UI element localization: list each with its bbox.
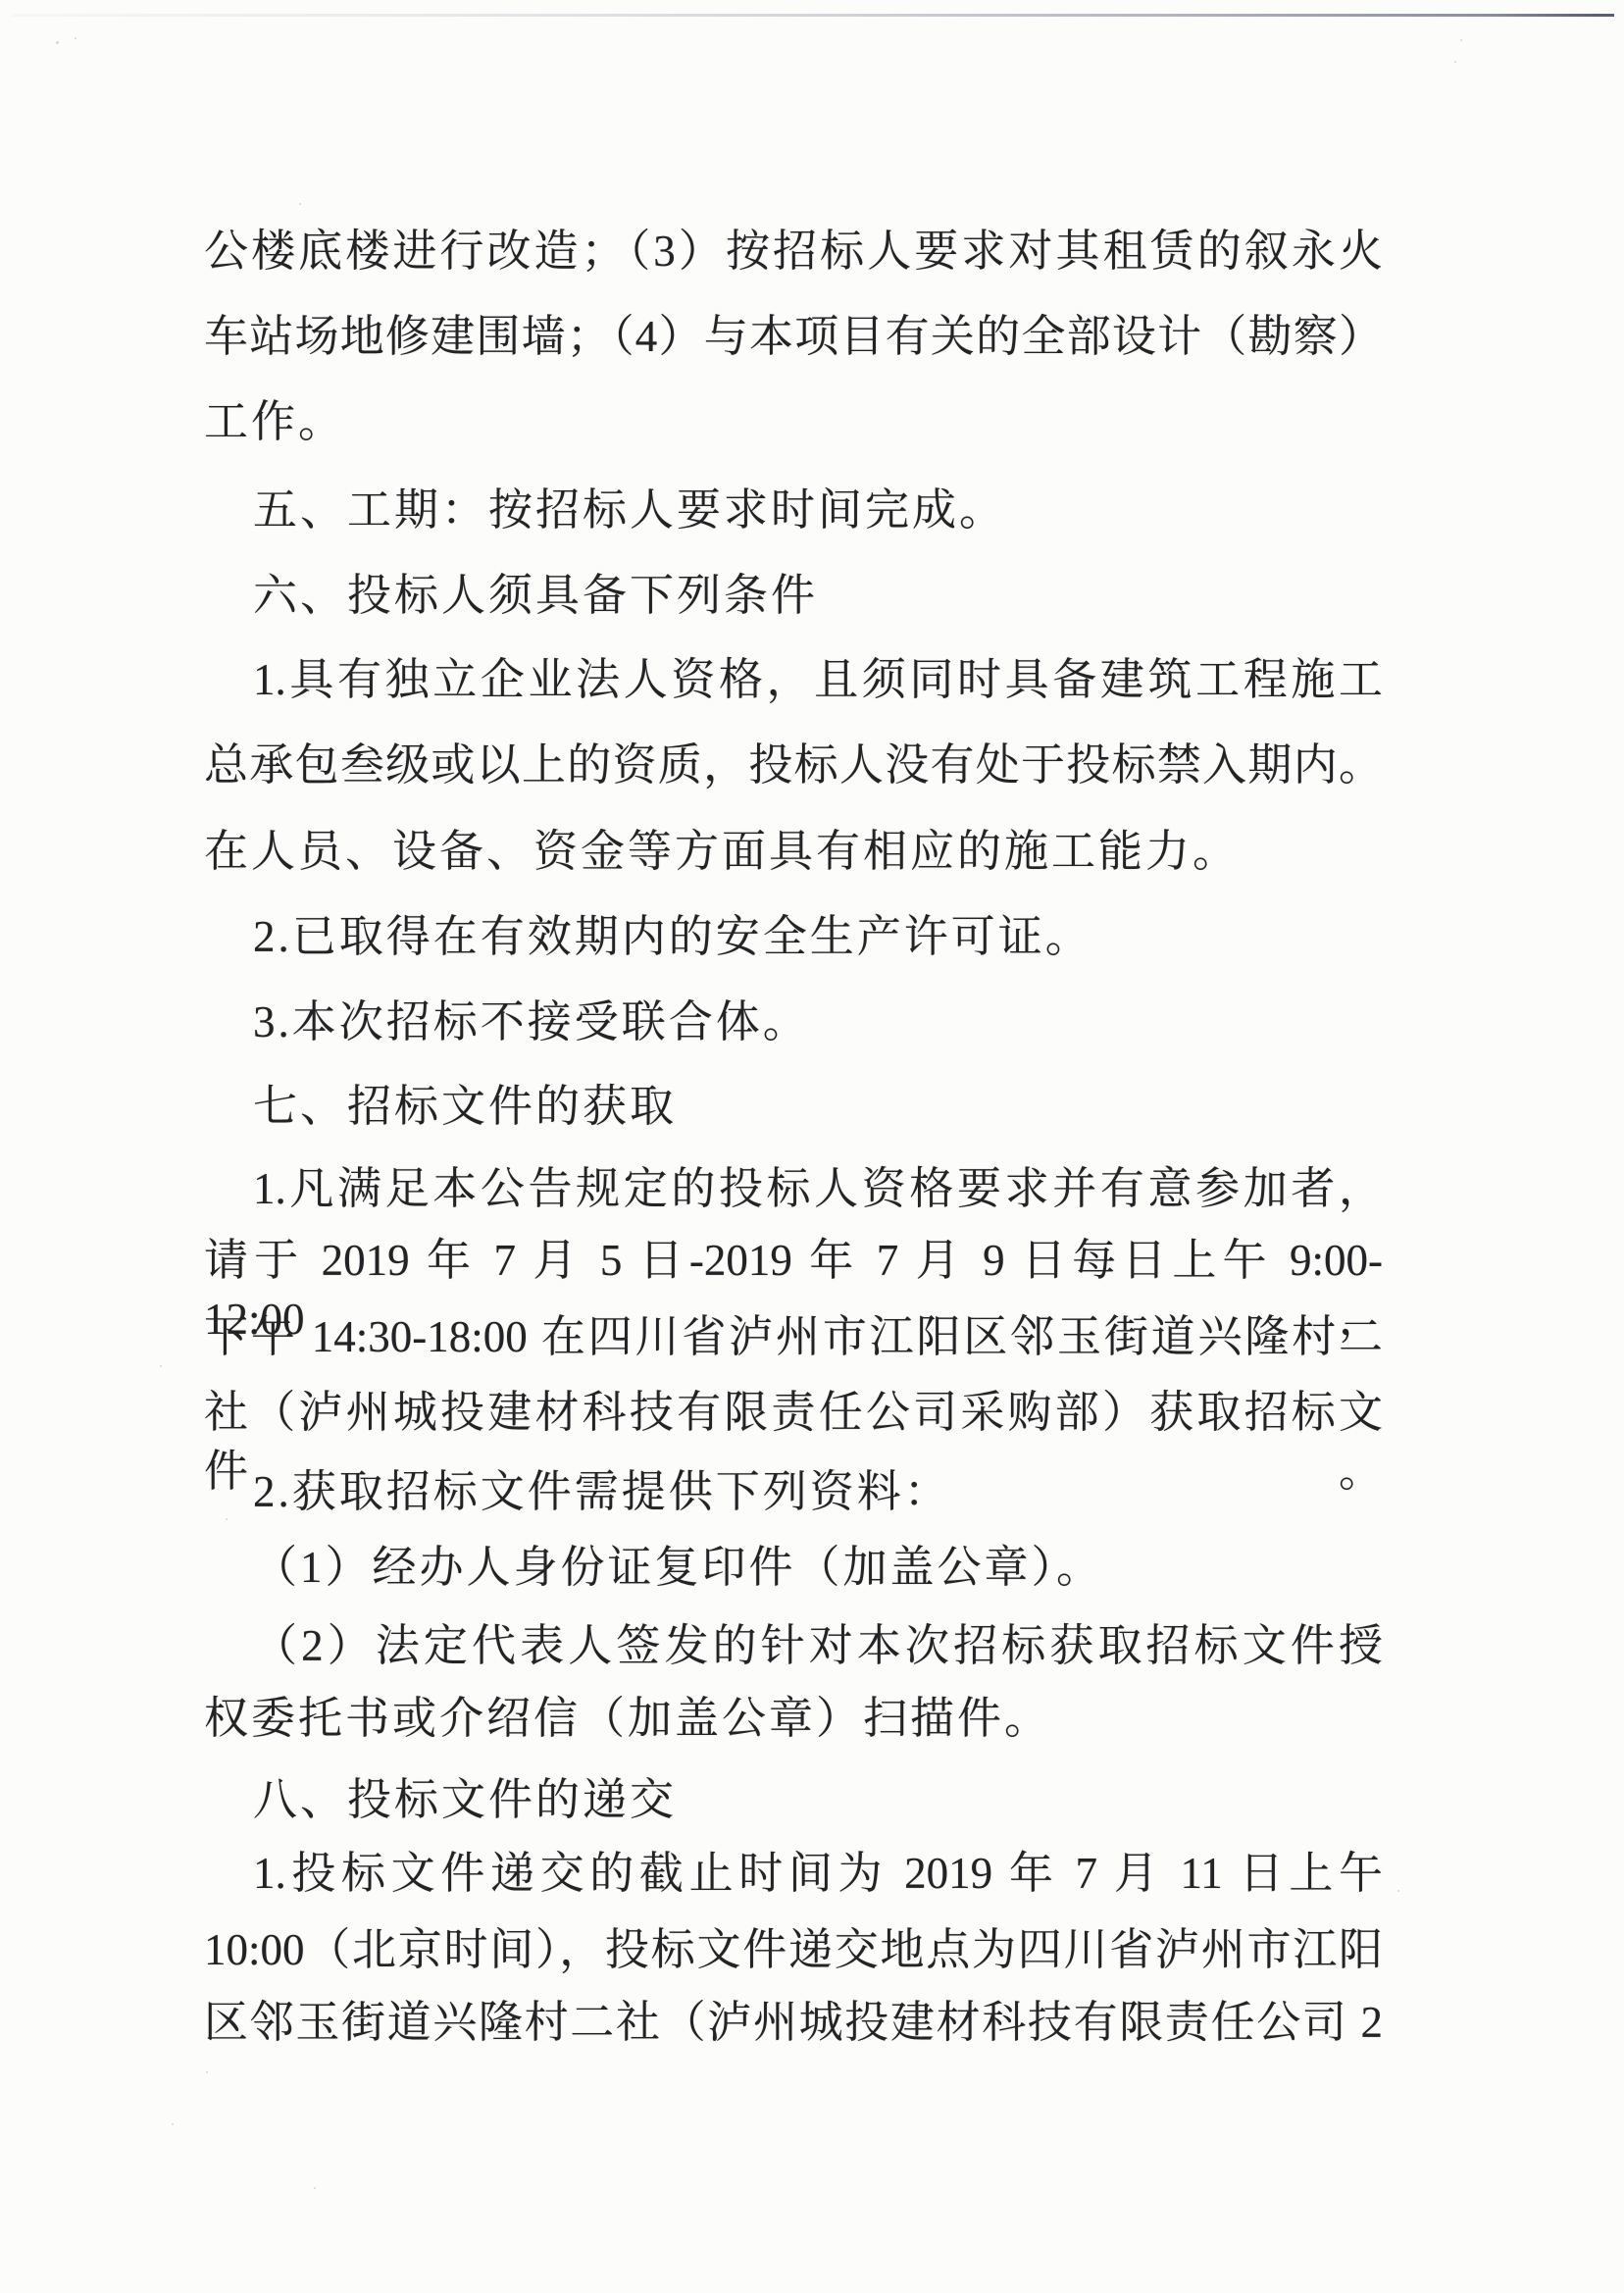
text-line: 1.具有独立企业法人资格，且须同时具备建筑工程施工 [253, 650, 1383, 709]
text-line: （1）经办人身份证复印件（加盖公章）。 [253, 1538, 1103, 1597]
text-line: 五、工期：按招标人要求时间完成。 [253, 481, 1006, 539]
text-line: 1.投标文件递交的截止时间为 2019 年 7 月 11 日上午 [253, 1844, 1383, 1903]
text-line: 2.获取招标文件需提供下列资料： [253, 1462, 951, 1521]
scanned-document-page: 公楼底楼进行改造；（3）按招标人要求对其租赁的叙永火车站场地修建围墙；（4）与本… [0, 0, 1624, 2293]
text-line: 2.已取得在有效期内的安全生产许可证。 [253, 907, 1092, 966]
text-line: 3.本次招标不接受联合体。 [253, 993, 810, 1051]
text-line: 社（泸州城投建材科技有限责任公司采购部）获取招标文件。 [204, 1383, 1383, 1442]
text-line: 权委托书或介绍信（加盖公章）扫描件。 [204, 1689, 1051, 1748]
text-line: （2）法定代表人签发的针对本次招标获取招标文件授 [253, 1616, 1383, 1675]
text-line: 下午 14:30-18:00 在四川省泸州市江阳区邻玉街道兴隆村二 [204, 1307, 1383, 1366]
document-text-layer: 公楼底楼进行改造；（3）按招标人要求对其租赁的叙永火车站场地修建围墙；（4）与本… [0, 0, 1624, 2293]
text-line: 1.凡满足本公告规定的投标人资格要求并有意参加者， [253, 1159, 1383, 1218]
text-line: 公楼底楼进行改造；（3）按招标人要求对其租赁的叙永火 [204, 222, 1383, 280]
text-line: 在人员、设备、资金等方面具有相应的施工能力。 [204, 822, 1240, 881]
text-line: 区邻玉街道兴隆村二社（泸州城投建材科技有限责任公司 2 [204, 1993, 1383, 2052]
text-line: 工作。 [204, 392, 345, 451]
text-line: 请于 2019 年 7 月 5 日-2019 年 7 月 9 日每日上午 9:0… [204, 1231, 1383, 1290]
text-line: 10:00（北京时间），投标文件递交地点为四川省泸州市江阳 [204, 1920, 1383, 1979]
text-line: 总承包叁级或以上的资质，投标人没有处于投标禁入期内。 [204, 736, 1383, 794]
text-line: 八、投标文件的递交 [253, 1770, 677, 1829]
text-line: 车站场地修建围墙；（4）与本项目有关的全部设计（勘察） [204, 307, 1383, 366]
text-line: 七、招标文件的获取 [253, 1077, 677, 1136]
text-line: 六、投标人须具备下列条件 [253, 566, 818, 625]
